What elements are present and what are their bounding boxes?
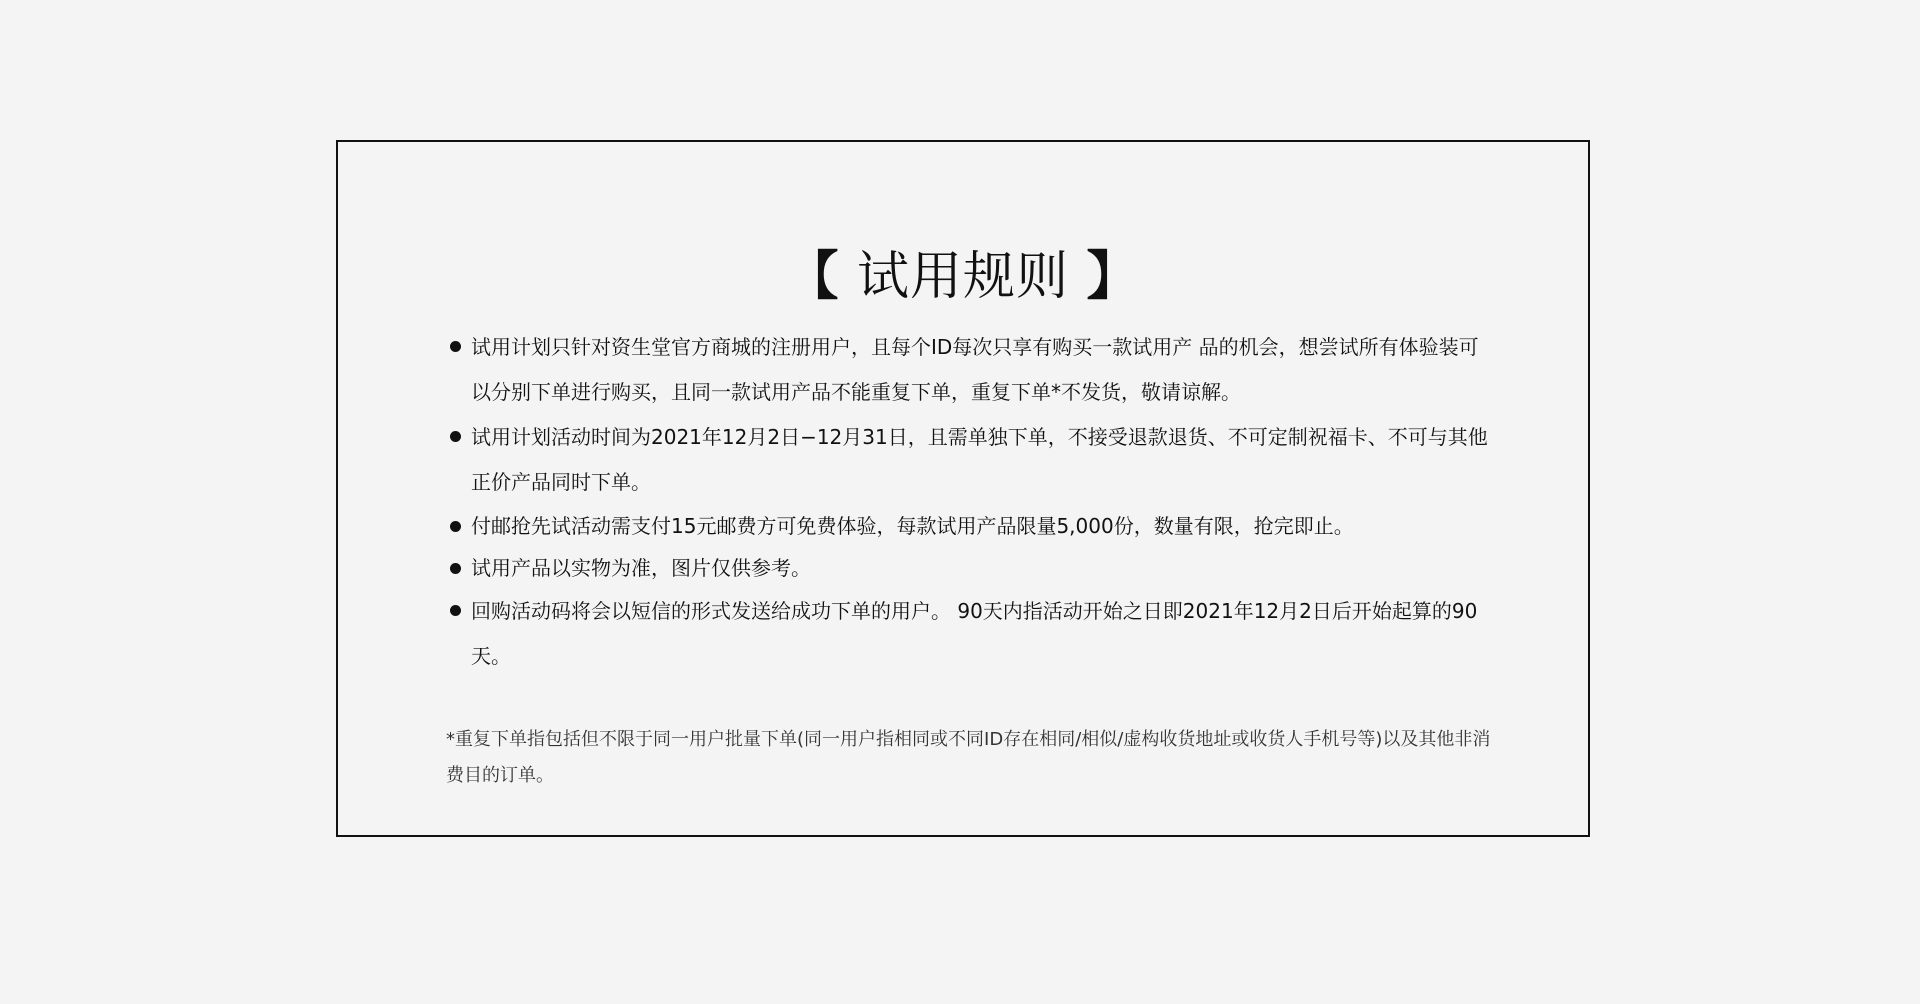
rule-text: 试用计划只针对资生堂官方商城的注册用户，且每个ID每次只享有购买一款试用产 品的… xyxy=(471,335,1479,404)
bullet-icon xyxy=(450,431,461,442)
bullet-icon xyxy=(450,341,461,352)
rule-item-shipping-fee: 付邮抢先试活动需支付15元邮费方可免费体验，每款试用产品限量5,000份，数量有… xyxy=(448,505,1488,547)
trial-rules-panel: 【 试用规则 】 试用计划只针对资生堂官方商城的注册用户，且每个ID每次只享有购… xyxy=(336,140,1590,837)
rule-item-product-image: 试用产品以实物为准，图片仅供参考。 xyxy=(448,547,1488,589)
bullet-icon xyxy=(450,521,461,532)
rules-title: 【 试用规则 】 xyxy=(338,247,1588,307)
footnote: *重复下单指包括但不限于同一用户批量下单(同一用户指相同或不同ID存在相同/相似… xyxy=(446,722,1506,794)
rule-text: 回购活动码将会以短信的形式发送给成功下单的用户。 90天内指活动开始之日即202… xyxy=(471,599,1477,668)
rule-text: 试用产品以实物为准，图片仅供参考。 xyxy=(471,556,811,580)
title-bracket-close: 】 xyxy=(1087,247,1140,307)
title-bracket-open: 【 xyxy=(786,247,839,307)
rule-item-eligibility: 试用计划只针对资生堂官方商城的注册用户，且每个ID每次只享有购买一款试用产 品的… xyxy=(448,325,1488,415)
rules-list: 试用计划只针对资生堂官方商城的注册用户，且每个ID每次只享有购买一款试用产 品的… xyxy=(448,325,1488,679)
bullet-icon xyxy=(450,605,461,616)
rule-text: 试用计划活动时间为2021年12月2日−12月31日，且需单独下单，不接受退款退… xyxy=(471,425,1488,494)
rule-item-period: 试用计划活动时间为2021年12月2日−12月31日，且需单独下单，不接受退款退… xyxy=(448,415,1488,505)
title-text: 试用规则 xyxy=(857,247,1069,307)
rule-text: 付邮抢先试活动需支付15元邮费方可免费体验，每款试用产品限量5,000份，数量有… xyxy=(471,514,1354,538)
rule-item-repurchase-code: 回购活动码将会以短信的形式发送给成功下单的用户。 90天内指活动开始之日即202… xyxy=(448,589,1488,679)
bullet-icon xyxy=(450,563,461,574)
